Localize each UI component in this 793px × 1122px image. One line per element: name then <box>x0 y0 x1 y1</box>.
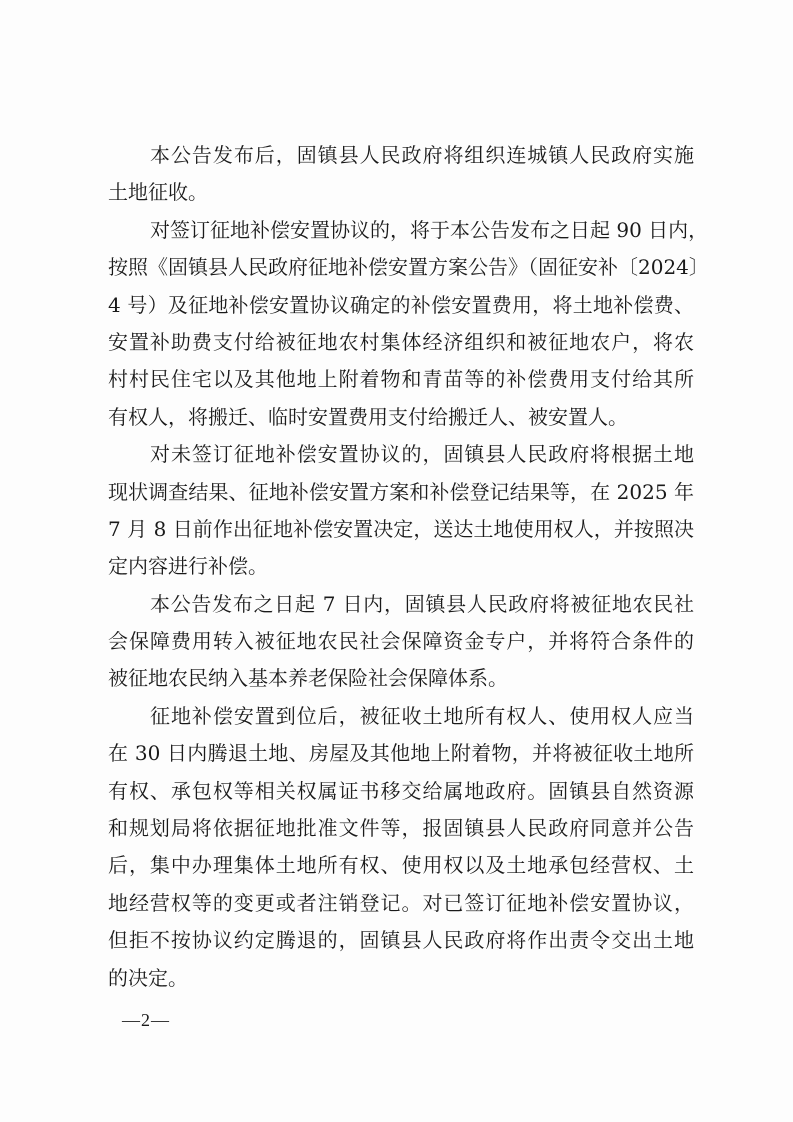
text-line: 的决定。 <box>108 960 694 997</box>
text-line: 对签订征地补偿安置协议的，将于本公告发布之日起 90 日内， <box>108 212 694 249</box>
text-line: 定内容进行补偿。 <box>108 548 694 585</box>
text-line: 后，集中办理集体土地所有权、使用权以及土地承包经营权、土 <box>108 847 694 884</box>
text-line: 7 月 8 日前作出征地补偿安置决定，送达土地使用权人，并按照决 <box>108 511 694 548</box>
text-line: 在 30 日内腾退土地、房屋及其他地上附着物，并将被征收土地所 <box>108 735 694 772</box>
text-line: 但拒不按协议约定腾退的，固镇县人民政府将作出责令交出土地 <box>108 922 694 959</box>
text-line: 4 号）及征地补偿安置协议确定的补偿安置费用，将土地补偿费、 <box>108 287 694 324</box>
paragraph-social-security: 本公告发布之日起 7 日内，固镇县人民政府将被征地农民社 会保障费用转入被征地农… <box>108 586 694 698</box>
text-line: 本公告发布后，固镇县人民政府将组织连城镇人民政府实施 <box>108 137 694 174</box>
paragraph-land-vacating-registration: 征地补偿安置到位后，被征收土地所有权人、使用权人应当 在 30 日内腾退土地、房… <box>108 698 694 997</box>
text-line: 和规划局将依据征地批准文件等，报固镇县人民政府同意并公告 <box>108 810 694 847</box>
page-number: —2— <box>122 1008 170 1032</box>
text-line: 村村民住宅以及其他地上附着物和青苗等的补偿费用支付给其所 <box>108 361 694 398</box>
document-page: 本公告发布后，固镇县人民政府将组织连城镇人民政府实施 土地征收。 对签订征地补偿… <box>0 0 793 1122</box>
paragraph-signed-agreement-compensation: 对签订征地补偿安置协议的，将于本公告发布之日起 90 日内， 按照《固镇县人民政… <box>108 212 694 436</box>
text-line: 征地补偿安置到位后，被征收土地所有权人、使用权人应当 <box>108 698 694 735</box>
paragraph-land-acquisition-implementation: 本公告发布后，固镇县人民政府将组织连城镇人民政府实施 土地征收。 <box>108 137 694 212</box>
document-body: 本公告发布后，固镇县人民政府将组织连城镇人民政府实施 土地征收。 对签订征地补偿… <box>108 137 694 997</box>
text-line: 本公告发布之日起 7 日内，固镇县人民政府将被征地农民社 <box>108 586 694 623</box>
text-line: 按照《固镇县人民政府征地补偿安置方案公告》（固征安补〔2024〕 <box>108 249 694 286</box>
text-line: 现状调查结果、征地补偿安置方案和补偿登记结果等，在 2025 年 <box>108 474 694 511</box>
paragraph-unsigned-agreement-decision: 对未签订征地补偿安置协议的，固镇县人民政府将根据土地 现状调查结果、征地补偿安置… <box>108 436 694 586</box>
text-line: 土地征收。 <box>108 174 694 211</box>
text-line: 对未签订征地补偿安置协议的，固镇县人民政府将根据土地 <box>108 436 694 473</box>
text-line: 安置补助费支付给被征地农村集体经济组织和被征地农户，将农 <box>108 324 694 361</box>
text-line: 地经营权等的变更或者注销登记。对已签订征地补偿安置协议， <box>108 885 694 922</box>
text-line: 被征地农民纳入基本养老保险社会保障体系。 <box>108 660 694 697</box>
text-line: 会保障费用转入被征地农民社会保障资金专户，并将符合条件的 <box>108 623 694 660</box>
text-line: 有权人，将搬迁、临时安置费用支付给搬迁人、被安置人。 <box>108 399 694 436</box>
text-line: 有权、承包权等相关权属证书移交给属地政府。固镇县自然资源 <box>108 773 694 810</box>
